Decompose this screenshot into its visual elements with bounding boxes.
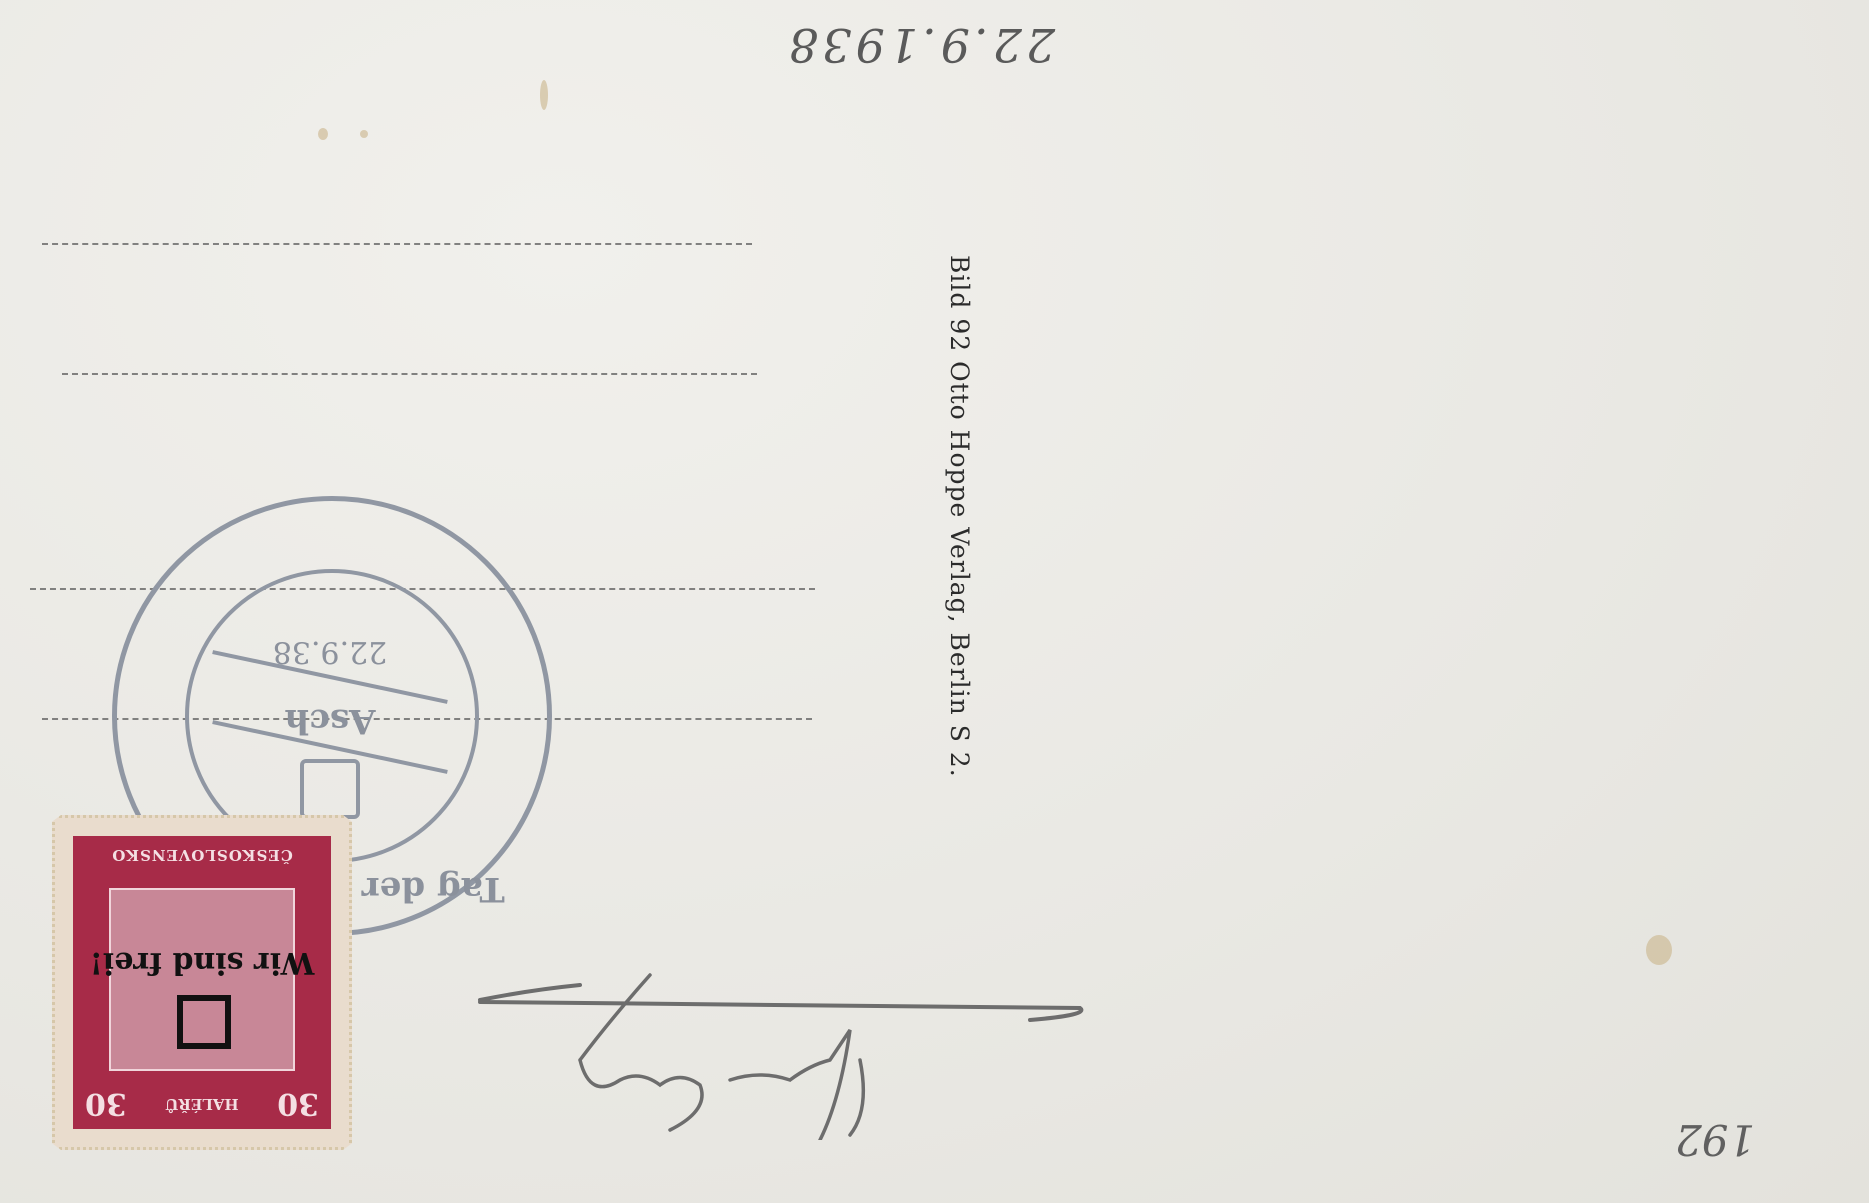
stamp-unit: HALÉŘŮ [73, 1095, 331, 1113]
postcard-back: 22.9.1938 Bild 92 Otto Hoppe Verlag, Ber… [0, 0, 1869, 1203]
signature [470, 960, 1090, 1140]
paper-stain [1646, 935, 1672, 965]
stamp-overprint: Wir sind frei! [73, 945, 331, 979]
address-line [42, 243, 752, 245]
stamp-country: ČESKOSLOVENSKO [73, 846, 331, 864]
address-line [62, 373, 757, 375]
handwritten-date: 22.9.1938 [785, 18, 1055, 72]
publisher-imprint: Bild 92 Otto Hoppe Verlag, Berlin S 2. [945, 255, 974, 778]
overprint-emblem-icon [177, 995, 231, 1049]
handwritten-page-number: 192 [1675, 1115, 1755, 1164]
postmark-town: Asch [225, 701, 435, 741]
paper-stain [318, 128, 328, 140]
postmark-emblem-icon [300, 759, 360, 819]
paper-stain [540, 80, 548, 110]
postmark-date: 22.9.38 [225, 634, 435, 669]
stamp-face: 30 30 HALÉŘŮ Wir sind frei! ČESKOSLOVENS… [73, 836, 331, 1129]
postage-stamp: 30 30 HALÉŘŮ Wir sind frei! ČESKOSLOVENS… [52, 815, 352, 1150]
paper-stain [360, 130, 368, 138]
